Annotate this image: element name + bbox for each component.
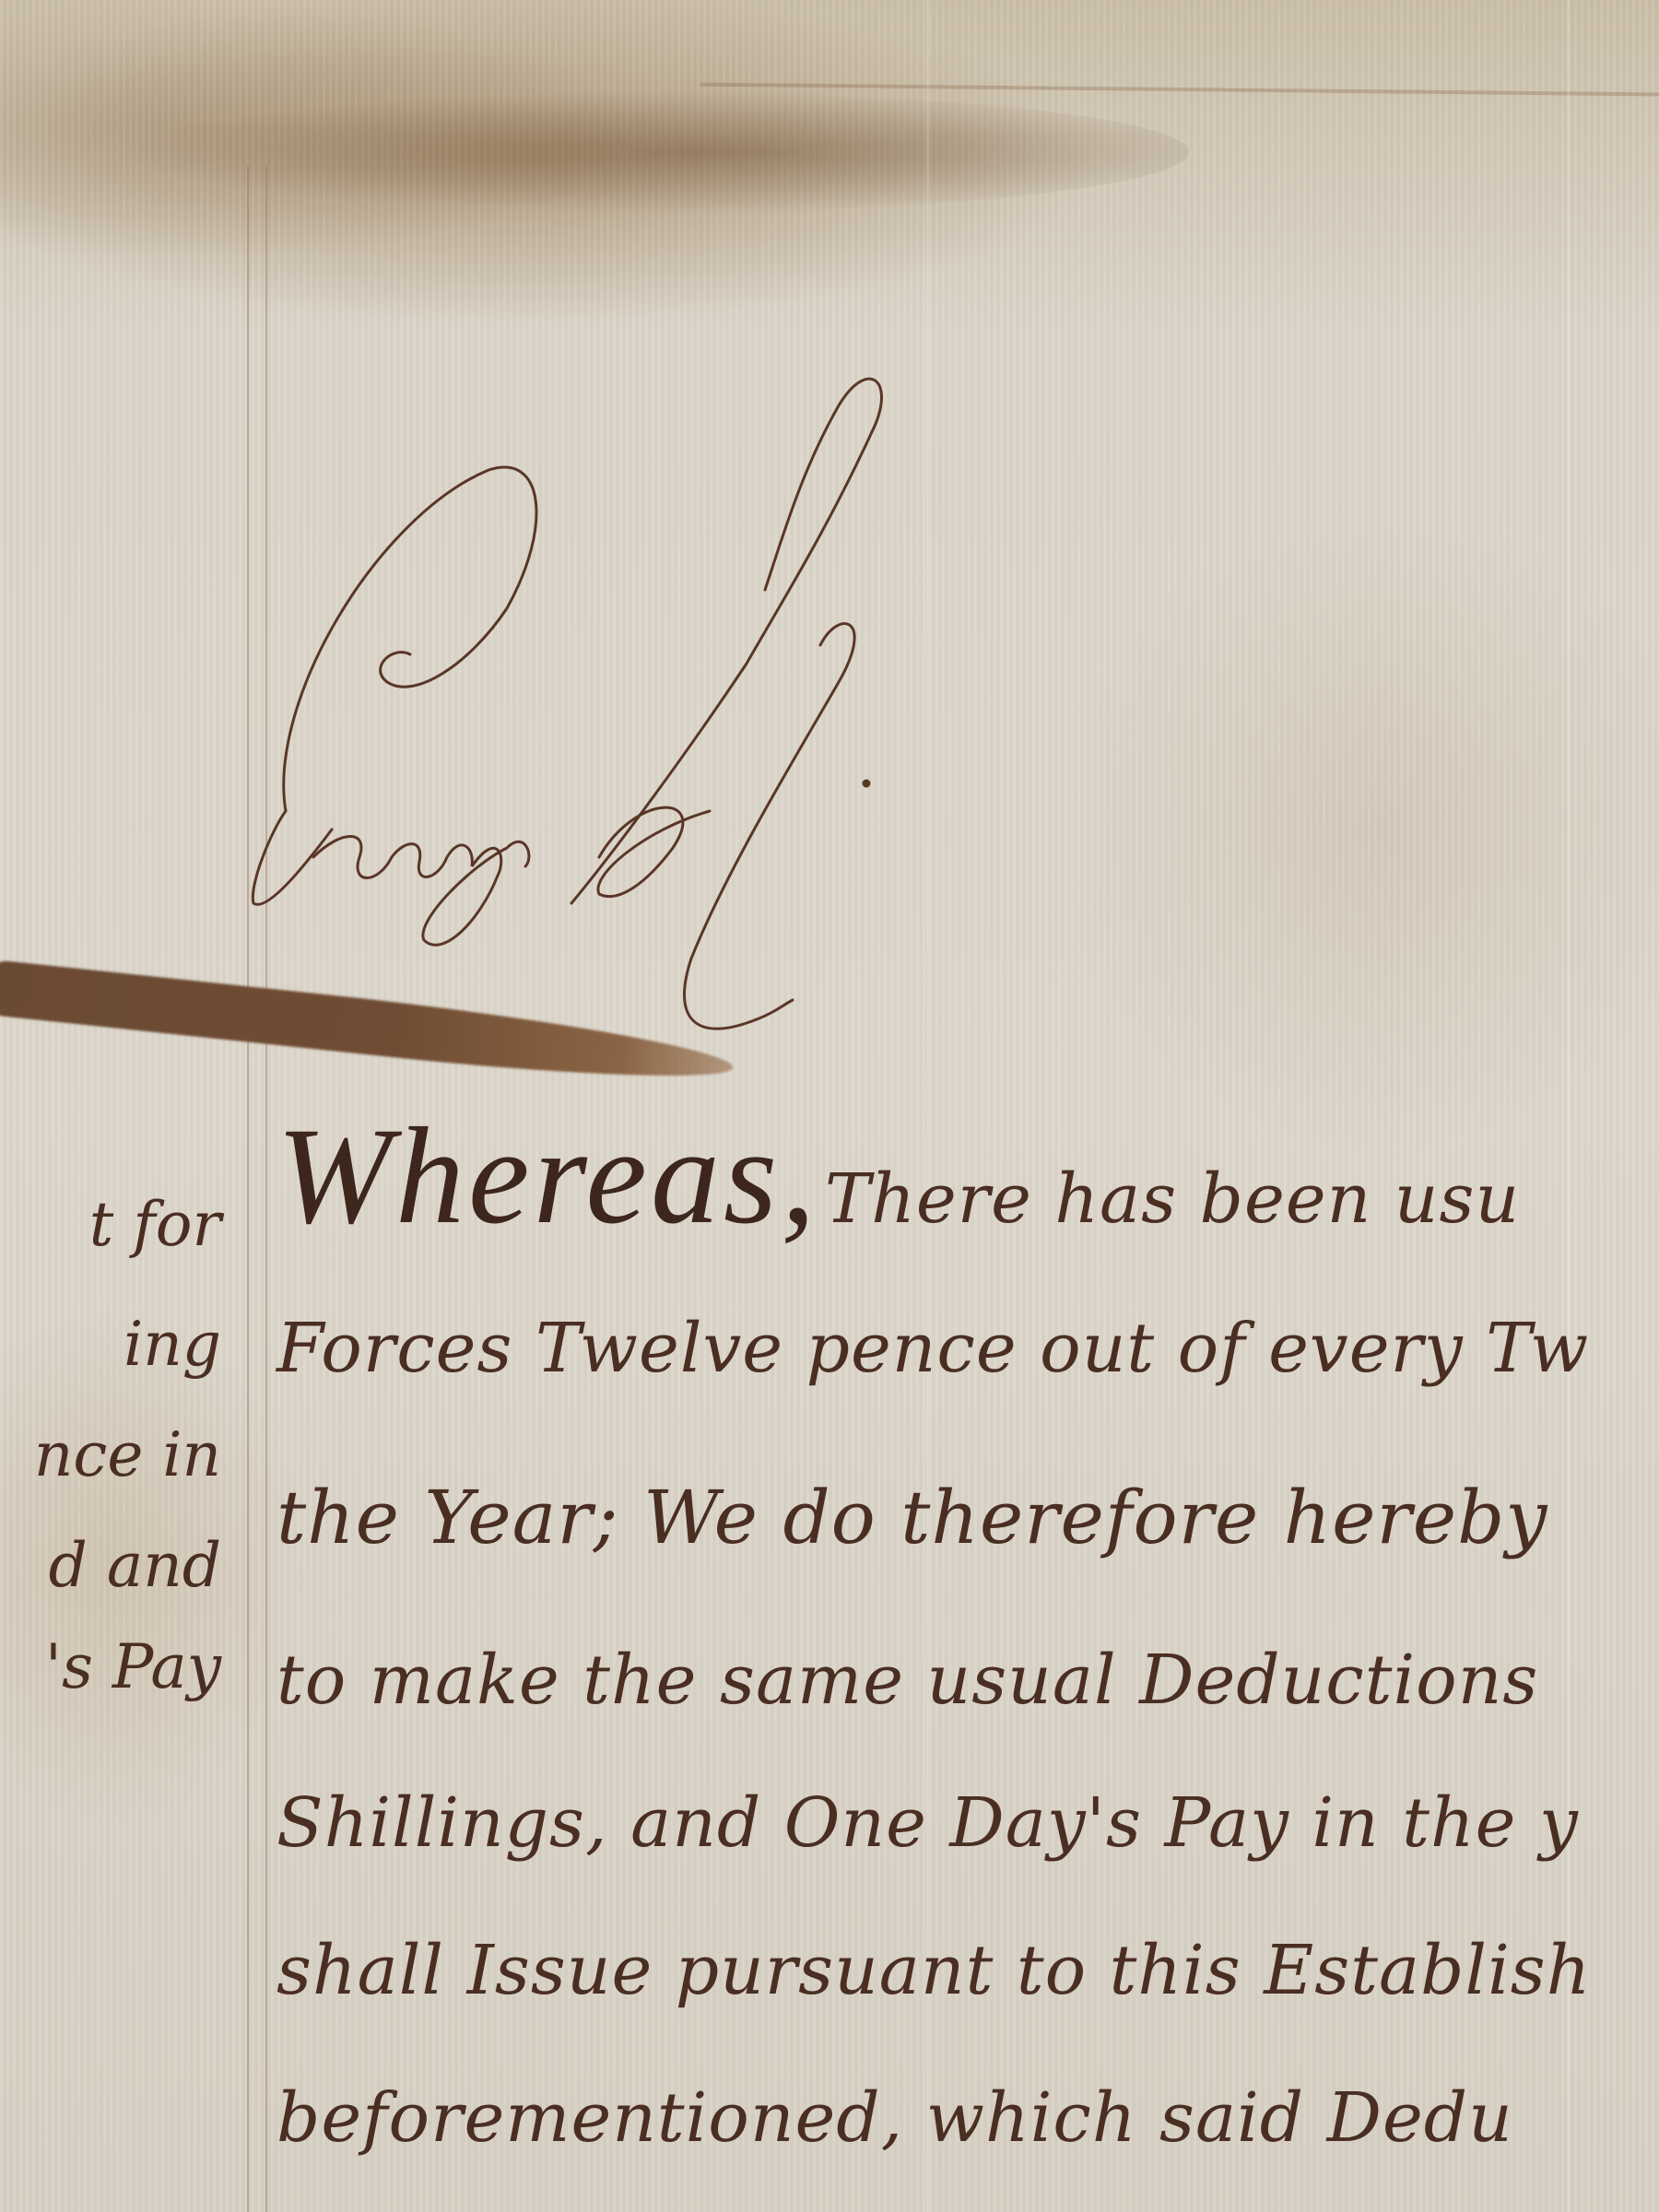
whereas-heading: Whereas, [276,1100,819,1253]
royal-signature: George R. [230,313,1060,1069]
body-line-whereas: Whereas, There has been usu [276,1097,1520,1255]
margin-fragment: d and [49,1530,221,1601]
body-line: Shillings, and One Day's Pay in the y [276,1783,1579,1863]
margin-fragment: ing [124,1309,221,1380]
body-line: shall Issue pursuant to this Establish [276,1931,1591,2010]
body-line: beforementioned, which said Dedu [276,2078,1513,2158]
margin-fragment: nce in [34,1419,221,1490]
body-line-text: There has been usu [825,1159,1520,1239]
margin-fragment: 's Pay [45,1631,221,1702]
body-line: Forces Twelve pence out of every Tw [276,1309,1589,1388]
top-ink-stain [129,92,1189,212]
body-line: to make the same usual Deductions [276,1641,1538,1720]
signature-flourish-icon [230,313,1060,1069]
margin-fragment: t for [89,1189,221,1260]
paper-crease [1567,0,1570,2212]
body-line: the Year; We do therefore hereby [276,1475,1548,1560]
